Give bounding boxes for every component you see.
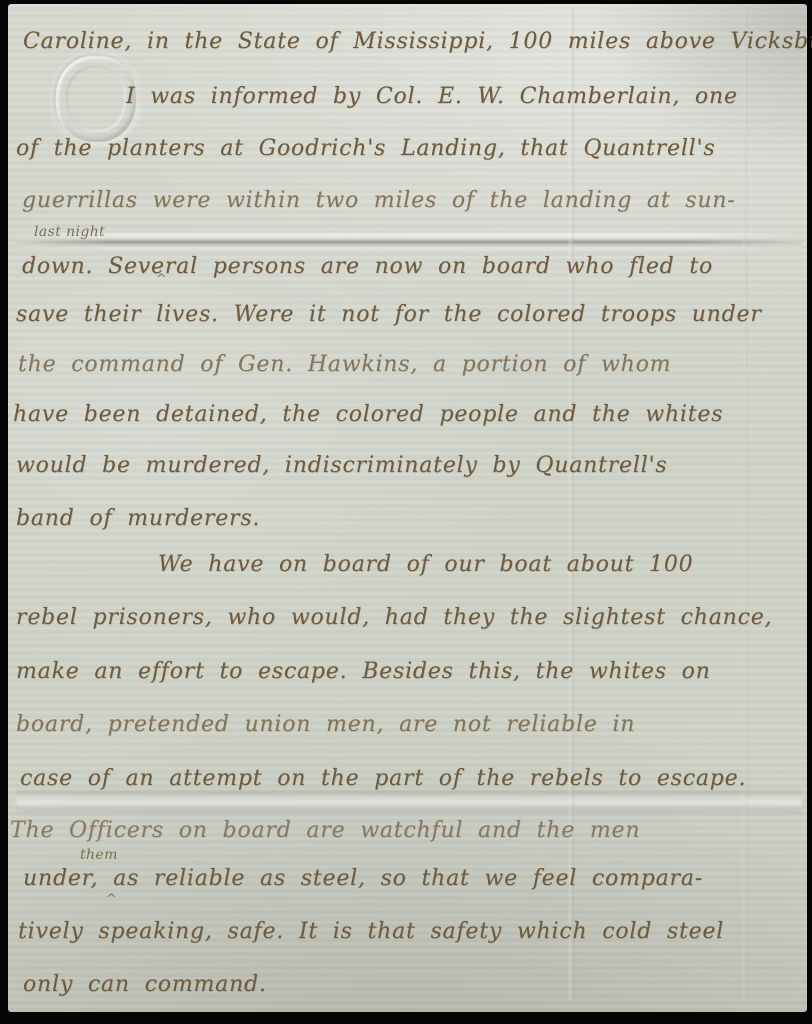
handwritten-line: save their lives. Were it not for the co… (16, 302, 762, 327)
handwritten-line: under, as reliable as steel, so that we … (23, 866, 703, 891)
letter-paper: Caroline, in the State of Mississippi, 1… (8, 4, 807, 1012)
handwritten-line: I was informed by Col. E. W. Chamberlain… (126, 84, 738, 109)
handwritten-line: case of an attempt on the part of the re… (20, 766, 746, 791)
interline-insertion: last night (34, 224, 105, 240)
scanned-letter-page: Caroline, in the State of Mississippi, 1… (0, 0, 812, 1024)
handwritten-line: down. Several persons are now on board w… (22, 254, 713, 279)
handwritten-line: tively speaking, safe. It is that safety… (18, 919, 724, 944)
handwritten-line: band of murderers. (16, 506, 260, 531)
handwritten-line: of the planters at Goodrich's Landing, t… (16, 136, 715, 161)
handwritten-line: only can command. (23, 972, 267, 997)
handwritten-line: Caroline, in the State of Mississippi, 1… (23, 29, 812, 54)
handwritten-line: would be murdered, indiscriminately by Q… (16, 453, 667, 478)
handwritten-line: have been detained, the colored people a… (13, 402, 723, 427)
handwritten-line: the command of Gen. Hawkins, a portion o… (18, 352, 671, 377)
handwritten-line: The Officers on board are watchful and t… (10, 818, 640, 843)
letter-body: Caroline, in the State of Mississippi, 1… (8, 4, 807, 1012)
handwritten-line: board, pretended union men, are not reli… (16, 712, 635, 737)
insertion-caret: ^ (156, 272, 167, 287)
insertion-caret: ^ (106, 892, 117, 907)
handwritten-line: rebel prisoners, who would, had they the… (16, 605, 772, 630)
interline-insertion: them (80, 847, 118, 863)
handwritten-line: guerrillas were within two miles of the … (22, 188, 736, 213)
handwritten-line: make an effort to escape. Besides this, … (16, 659, 711, 684)
handwritten-line: We have on board of our boat about 100 (158, 552, 693, 577)
